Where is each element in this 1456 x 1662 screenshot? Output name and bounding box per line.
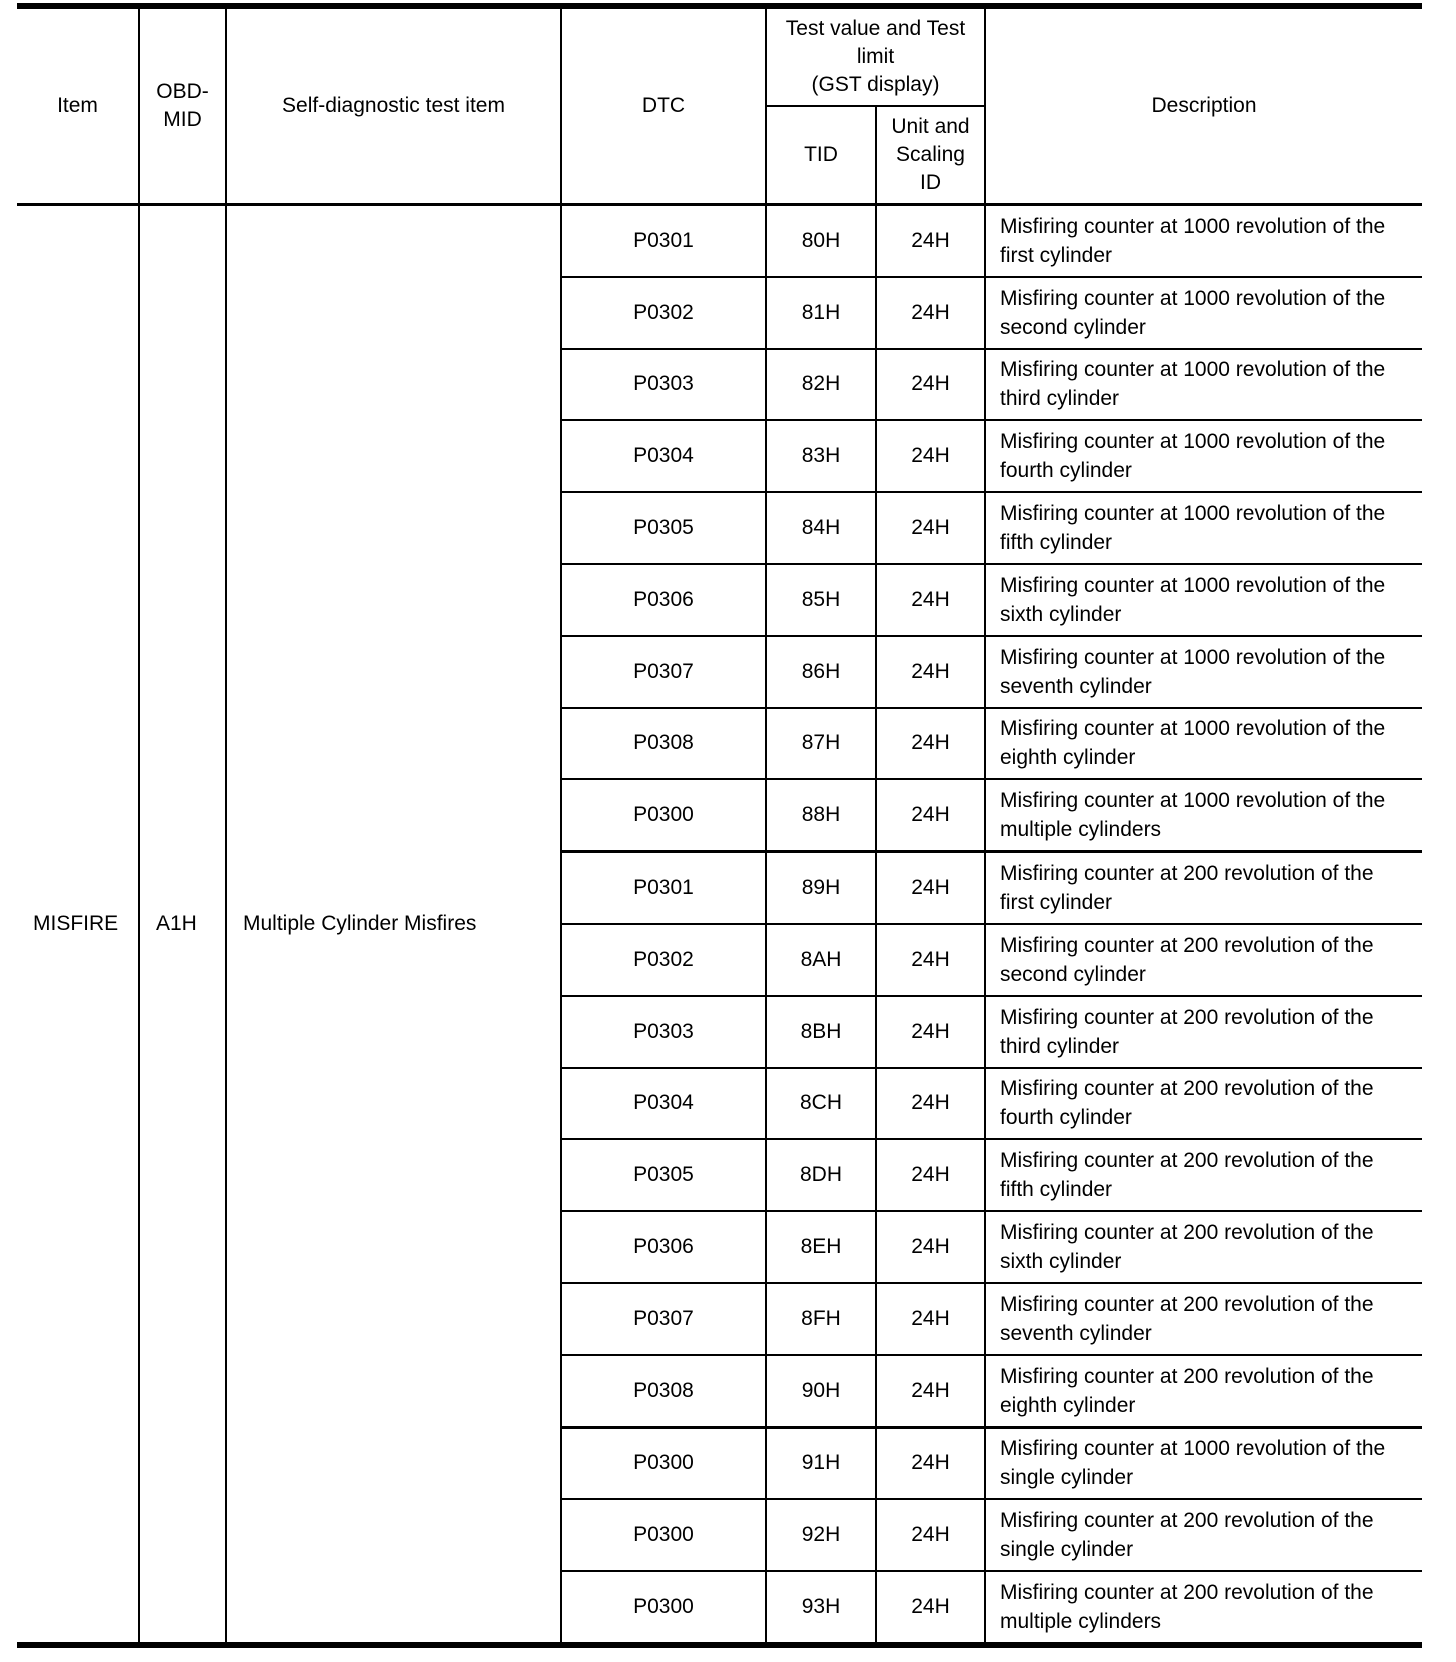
cell-tid: 8DH bbox=[766, 1139, 876, 1211]
cell-tid: 92H bbox=[766, 1499, 876, 1571]
cell-unit-scaling: 24H bbox=[876, 277, 985, 349]
cell-unit-scaling: 24H bbox=[876, 492, 985, 564]
cell-dtc: P0306 bbox=[561, 564, 766, 636]
header-test-value-group: Test value and Test limit(GST display) bbox=[766, 6, 985, 106]
cell-description: Misfiring counter at 1000 revolution of … bbox=[985, 349, 1422, 421]
cell-unit-scaling: 24H bbox=[876, 636, 985, 708]
cell-tid: 80H bbox=[766, 205, 876, 277]
header-tid: TID bbox=[766, 106, 876, 205]
cell-dtc: P0302 bbox=[561, 277, 766, 349]
cell-dtc: P0302 bbox=[561, 924, 766, 996]
cell-description: Misfiring counter at 1000 revolution of … bbox=[985, 1427, 1422, 1499]
cell-dtc: P0301 bbox=[561, 852, 766, 924]
header-obd-mid: OBD-MID bbox=[139, 6, 226, 205]
cell-dtc: P0300 bbox=[561, 1571, 766, 1645]
cell-tid: 81H bbox=[766, 277, 876, 349]
cell-dtc: P0304 bbox=[561, 420, 766, 492]
table-row: MISFIRE A1H Multiple Cylinder Misfires P… bbox=[17, 205, 1422, 277]
cell-description: Misfiring counter at 200 revolution of t… bbox=[985, 852, 1422, 924]
cell-unit-scaling: 24H bbox=[876, 1355, 985, 1427]
header-description: Description bbox=[985, 6, 1422, 205]
cell-tid: 84H bbox=[766, 492, 876, 564]
cell-tid: 89H bbox=[766, 852, 876, 924]
cell-tid: 88H bbox=[766, 779, 876, 851]
cell-unit-scaling: 24H bbox=[876, 924, 985, 996]
cell-description: Misfiring counter at 200 revolution of t… bbox=[985, 924, 1422, 996]
cell-tid: 8BH bbox=[766, 996, 876, 1068]
cell-tid: 91H bbox=[766, 1427, 876, 1499]
cell-self-diagnostic-test-item: Multiple Cylinder Misfires bbox=[226, 205, 561, 1645]
cell-description: Misfiring counter at 1000 revolution of … bbox=[985, 564, 1422, 636]
cell-dtc: P0306 bbox=[561, 1211, 766, 1283]
cell-description: Misfiring counter at 1000 revolution of … bbox=[985, 636, 1422, 708]
cell-description: Misfiring counter at 200 revolution of t… bbox=[985, 1571, 1422, 1645]
cell-description: Misfiring counter at 200 revolution of t… bbox=[985, 1355, 1422, 1427]
cell-tid: 82H bbox=[766, 349, 876, 421]
cell-description: Misfiring counter at 1000 revolution of … bbox=[985, 708, 1422, 780]
cell-description: Misfiring counter at 200 revolution of t… bbox=[985, 1499, 1422, 1571]
cell-dtc: P0307 bbox=[561, 636, 766, 708]
cell-dtc: P0307 bbox=[561, 1283, 766, 1355]
cell-description: Misfiring counter at 1000 revolution of … bbox=[985, 492, 1422, 564]
cell-tid: 83H bbox=[766, 420, 876, 492]
cell-dtc: P0301 bbox=[561, 205, 766, 277]
cell-dtc: P0303 bbox=[561, 349, 766, 421]
table-body: MISFIRE A1H Multiple Cylinder Misfires P… bbox=[17, 205, 1422, 1645]
cell-dtc: P0305 bbox=[561, 1139, 766, 1211]
cell-unit-scaling: 24H bbox=[876, 852, 985, 924]
cell-unit-scaling: 24H bbox=[876, 708, 985, 780]
header-self-diagnostic-test-item: Self-diagnostic test item bbox=[226, 6, 561, 205]
cell-unit-scaling: 24H bbox=[876, 205, 985, 277]
cell-description: Misfiring counter at 1000 revolution of … bbox=[985, 205, 1422, 277]
cell-tid: 8EH bbox=[766, 1211, 876, 1283]
cell-description: Misfiring counter at 200 revolution of t… bbox=[985, 1139, 1422, 1211]
cell-tid: 8FH bbox=[766, 1283, 876, 1355]
cell-dtc: P0304 bbox=[561, 1068, 766, 1140]
cell-unit-scaling: 24H bbox=[876, 564, 985, 636]
cell-tid: 8CH bbox=[766, 1068, 876, 1140]
cell-dtc: P0308 bbox=[561, 1355, 766, 1427]
header-unit-scaling-id: Unit andScalingID bbox=[876, 106, 985, 205]
cell-dtc: P0308 bbox=[561, 708, 766, 780]
cell-unit-scaling: 24H bbox=[876, 1571, 985, 1645]
cell-dtc: P0303 bbox=[561, 996, 766, 1068]
cell-unit-scaling: 24H bbox=[876, 1427, 985, 1499]
cell-unit-scaling: 24H bbox=[876, 779, 985, 851]
header-dtc: DTC bbox=[561, 6, 766, 205]
cell-unit-scaling: 24H bbox=[876, 1283, 985, 1355]
cell-unit-scaling: 24H bbox=[876, 1139, 985, 1211]
cell-tid: 86H bbox=[766, 636, 876, 708]
cell-unit-scaling: 24H bbox=[876, 1499, 985, 1571]
cell-tid: 90H bbox=[766, 1355, 876, 1427]
cell-tid: 87H bbox=[766, 708, 876, 780]
header-item: Item bbox=[17, 6, 139, 205]
cell-dtc: P0300 bbox=[561, 779, 766, 851]
cell-tid: 93H bbox=[766, 1571, 876, 1645]
cell-dtc: P0300 bbox=[561, 1499, 766, 1571]
cell-obd-mid: A1H bbox=[139, 205, 226, 1645]
cell-item: MISFIRE bbox=[17, 205, 139, 1645]
cell-unit-scaling: 24H bbox=[876, 420, 985, 492]
cell-description: Misfiring counter at 1000 revolution of … bbox=[985, 779, 1422, 851]
cell-dtc: P0300 bbox=[561, 1427, 766, 1499]
cell-description: Misfiring counter at 200 revolution of t… bbox=[985, 1068, 1422, 1140]
cell-dtc: P0305 bbox=[561, 492, 766, 564]
cell-description: Misfiring counter at 200 revolution of t… bbox=[985, 1283, 1422, 1355]
cell-unit-scaling: 24H bbox=[876, 996, 985, 1068]
cell-tid: 85H bbox=[766, 564, 876, 636]
cell-description: Misfiring counter at 200 revolution of t… bbox=[985, 996, 1422, 1068]
obd-test-table: Item OBD-MID Self-diagnostic test item D… bbox=[17, 3, 1422, 1648]
cell-unit-scaling: 24H bbox=[876, 1068, 985, 1140]
cell-description: Misfiring counter at 1000 revolution of … bbox=[985, 420, 1422, 492]
cell-unit-scaling: 24H bbox=[876, 1211, 985, 1283]
cell-unit-scaling: 24H bbox=[876, 349, 985, 421]
cell-description: Misfiring counter at 1000 revolution of … bbox=[985, 277, 1422, 349]
cell-description: Misfiring counter at 200 revolution of t… bbox=[985, 1211, 1422, 1283]
cell-tid: 8AH bbox=[766, 924, 876, 996]
